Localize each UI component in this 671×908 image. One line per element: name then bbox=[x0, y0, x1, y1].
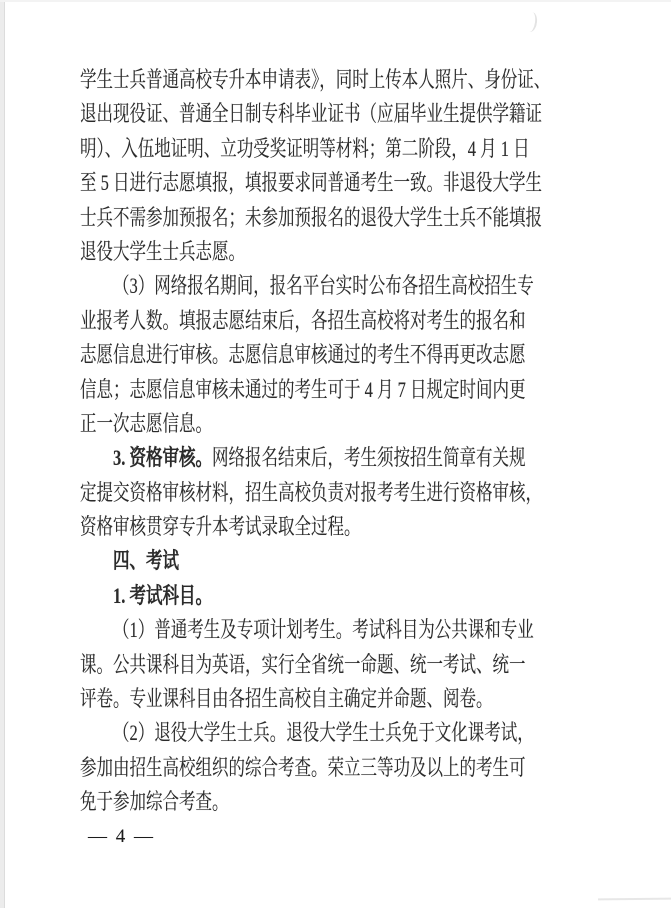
bold-text-run: 四、考试 bbox=[113, 548, 179, 573]
scan-edge-top bbox=[0, 0, 671, 2]
text-run: （2）退役大学生士兵。退役大学生士兵免于文化课考试， bbox=[113, 720, 534, 745]
text-line: 评卷。专业课科目由各招生高校自主确定并命题、阅卷。 bbox=[80, 682, 470, 716]
text-line: （1）普通考生及专项计划考生。考试科目为公共课和专业 bbox=[80, 613, 470, 647]
text-line: 参加由招生高校组织的综合考查。荣立三等功及以上的考生可 bbox=[80, 751, 470, 785]
text-line: 定提交资格审核材料，招生高校负责对报考考生进行资格审核， bbox=[80, 476, 470, 510]
footer-page-number: — 4 — bbox=[88, 826, 155, 848]
text-run: 至 5 日进行志愿填报，填报要求同普通考生一致。非退役大学生 bbox=[80, 170, 542, 195]
heading-exam-subjects: 1. 考试科目。 bbox=[80, 579, 600, 613]
heading-section-four-exam: 四、考试 bbox=[80, 544, 600, 578]
scan-edge-left bbox=[0, 0, 5, 908]
text-line: 3. 资格审核。网络报名结束后，考生须按招生简章有关规 bbox=[80, 441, 470, 475]
text-run: 网络报名结束后，考生须按招生简章有关规 bbox=[212, 445, 526, 470]
text-line: 课。公共课科目为英语，实行全省统一命题、统一考试、统一 bbox=[80, 648, 470, 682]
text-run: 明）、入伍地证明、立功受奖证明等材料；第二阶段，4 月 1 日 bbox=[80, 136, 530, 161]
text-run: 学生士兵普通高校专升本申请表》，同时上传本人照片、身份证、 bbox=[80, 67, 550, 92]
text-line: 学生士兵普通高校专升本申请表》，同时上传本人照片、身份证、 bbox=[80, 63, 470, 97]
text-line: 四、考试 bbox=[80, 544, 470, 578]
text-line: 资格审核贯穿专升本考试录取全过程。 bbox=[80, 510, 470, 544]
text-run: 定提交资格审核材料，招生高校负责对报考考生进行资格审核， bbox=[80, 480, 542, 505]
text-line: 1. 考试科目。 bbox=[80, 579, 470, 613]
text-run: 参加由招生高校组织的综合考查。荣立三等功及以上的考生可 bbox=[80, 755, 526, 780]
text-line: 免于参加综合考查。 bbox=[80, 785, 470, 819]
text-run: 业报考人数。填报志愿结束后，各招生高校将对考生的报名和 bbox=[80, 308, 526, 333]
text-run: 正一次志愿信息。 bbox=[80, 411, 212, 436]
text-line: 退役大学生士兵志愿。 bbox=[80, 235, 470, 269]
text-line: 志愿信息进行审核。志愿信息审核通过的考生不得再更改志愿 bbox=[80, 338, 470, 372]
text-run: 志愿信息进行审核。志愿信息审核通过的考生不得再更改志愿 bbox=[80, 342, 526, 367]
paragraph-qualification-review: 3. 资格审核。网络报名结束后，考生须按招生简章有关规定提交资格审核材料，招生高… bbox=[80, 441, 600, 544]
text-line: （2）退役大学生士兵。退役大学生士兵免于文化课考试， bbox=[80, 716, 470, 750]
paragraph-veteran-candidates: （2）退役大学生士兵。退役大学生士兵免于文化课考试，参加由招生高校组织的综合考查… bbox=[80, 716, 600, 819]
scan-edge-bottom-right bbox=[598, 898, 671, 901]
scan-artifact-smudge bbox=[524, 11, 539, 32]
text-run: 信息；志愿信息审核未通过的考生可于 4 月 7 日规定时间内更 bbox=[80, 377, 526, 402]
text-run: 免于参加综合考查。 bbox=[80, 789, 229, 814]
text-run: 退役大学生士兵志愿。 bbox=[80, 239, 245, 264]
scanned-document-page: 学生士兵普通高校专升本申请表》，同时上传本人照片、身份证、退出现役证、普通全日制… bbox=[0, 0, 671, 908]
text-line: 信息；志愿信息审核未通过的考生可于 4 月 7 日规定时间内更 bbox=[80, 373, 470, 407]
text-line: 士兵不需参加预报名；未参加预报名的退役大学生士兵不能填报 bbox=[80, 201, 470, 235]
bold-text-run: 3. 资格审核。 bbox=[113, 445, 212, 470]
text-line: 至 5 日进行志愿填报，填报要求同普通考生一致。非退役大学生 bbox=[80, 166, 470, 200]
text-line: 明）、入伍地证明、立功受奖证明等材料；第二阶段，4 月 1 日 bbox=[80, 132, 470, 166]
text-run: 评卷。专业课科目由各招生高校自主确定并命题、阅卷。 bbox=[80, 686, 493, 711]
document-body: 学生士兵普通高校专升本申请表》，同时上传本人照片、身份证、退出现役证、普通全日制… bbox=[80, 63, 600, 820]
text-line: 正一次志愿信息。 bbox=[80, 407, 470, 441]
paragraph-regular-candidates: （1）普通考生及专项计划考生。考试科目为公共课和专业课。公共课科目为英语，实行全… bbox=[80, 613, 600, 716]
text-run: （1）普通考生及专项计划考生。考试科目为公共课和专业 bbox=[113, 617, 534, 642]
text-run: 退出现役证、普通全日制专科毕业证书（应届毕业生提供学籍证 bbox=[80, 101, 542, 126]
text-line: （3）网络报名期间，报名平台实时公布各招生高校招生专 bbox=[80, 269, 470, 303]
bold-text-run: 1. 考试科目。 bbox=[113, 583, 212, 608]
text-line: 退出现役证、普通全日制专科毕业证书（应届毕业生提供学籍证 bbox=[80, 97, 470, 131]
text-run: 资格审核贯穿专升本考试录取全过程。 bbox=[80, 514, 361, 539]
text-run: （3）网络报名期间，报名平台实时公布各招生高校招生专 bbox=[113, 273, 534, 298]
text-run: 课。公共课科目为英语，实行全省统一命题、统一考试、统一 bbox=[80, 652, 526, 677]
paragraph-online-registration: （3）网络报名期间，报名平台实时公布各招生高校招生专业报考人数。填报志愿结束后，… bbox=[80, 269, 600, 441]
text-run: 士兵不需参加预报名；未参加预报名的退役大学生士兵不能填报 bbox=[80, 205, 542, 230]
text-line: 业报考人数。填报志愿结束后，各招生高校将对考生的报名和 bbox=[80, 304, 470, 338]
paragraph-application-materials: 学生士兵普通高校专升本申请表》，同时上传本人照片、身份证、退出现役证、普通全日制… bbox=[80, 63, 600, 269]
